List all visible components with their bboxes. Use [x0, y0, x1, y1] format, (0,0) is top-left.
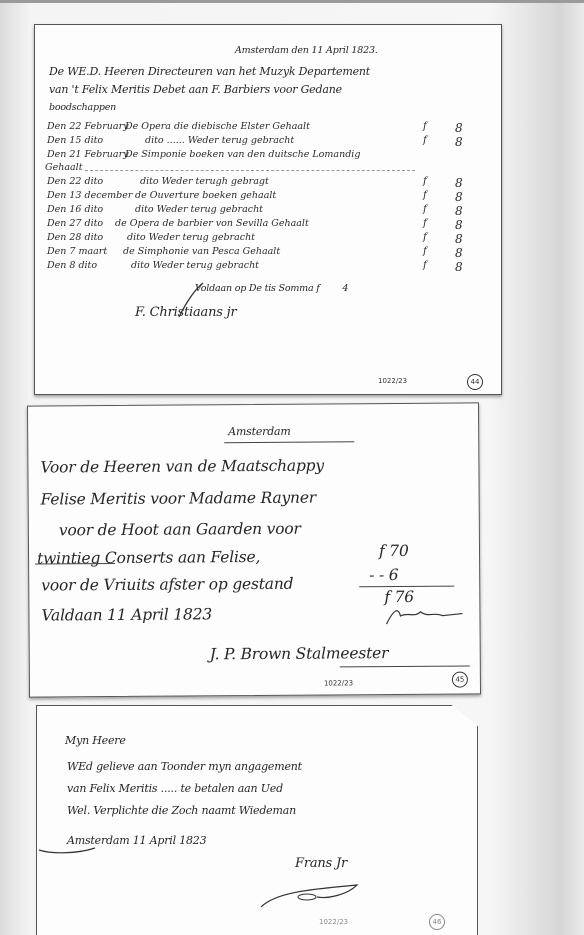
entry-currency: f [423, 204, 427, 215]
entry-desc: dito Weder terug gebracht [127, 232, 255, 243]
heading-line-3: boodschappen [49, 102, 116, 113]
entry-row: Den 8 dito dito Weder terug gebracht f 8 [35, 260, 501, 274]
receipt-sheet-1: Amsterdam den 11 April 1823. De WE.D. He… [34, 24, 502, 395]
letter-sheet-3: Myn Heere WEd gelieve aan Toonder myn an… [36, 705, 478, 935]
body-line-2: Felise Meritis voor Madame Rayner [41, 489, 316, 509]
leader-line [85, 170, 415, 171]
entry-amount: 8 [455, 260, 463, 274]
entry-row: Den 15 dito dito ...... Weder terug gebr… [35, 135, 501, 149]
body-line-1: WEd gelieve aan Toonder myn angagement [67, 760, 302, 773]
entry-currency: f [423, 232, 427, 243]
signature-flourish-icon [175, 281, 205, 321]
entry-currency: f [423, 176, 427, 187]
entry-date: Den 27 dito [47, 218, 103, 229]
entry-desc: De Simponie boeken van den duitsche Loma… [125, 149, 360, 160]
entry-desc: dito Weder terug gebracht [131, 260, 259, 271]
settlement-text: Voldaan op De tis Somma f 4 [195, 283, 348, 294]
entry-row: Den 22 February De Opera die diebische E… [35, 121, 501, 135]
entry-amount: 8 [455, 218, 463, 232]
entry-amount: 8 [455, 190, 463, 204]
entry-desc: de Opera de barbier von Sevilla Gehaalt [115, 218, 309, 229]
archive-number: 1022/23 [319, 918, 348, 926]
body-line-3: Wel. Verplichte die Zoch naamt Wiedeman [67, 804, 296, 817]
entry-desc: dito Weder terug gebracht [135, 204, 263, 215]
entry-desc: de Ouverture boeken gehaalt [135, 190, 276, 201]
entry-amount: 8 [455, 204, 463, 218]
entry-date: Den 16 dito [47, 204, 103, 215]
entry-amount: 8 [455, 135, 463, 149]
entry-date: Den 15 dito [47, 135, 103, 146]
entry-amount: 8 [455, 121, 463, 135]
entry-row: Den 16 dito dito Weder terug gebracht f … [35, 204, 501, 218]
body-line-4: twintieg Conserts aan Felise, [37, 548, 260, 568]
entry-desc: de Simphonie van Pesca Gehaalt [123, 246, 280, 257]
entry-row: Den 13 december de Ouverture boeken geha… [35, 190, 501, 204]
salutation: Myn Heere [65, 734, 126, 747]
entry-date: Den 21 February [47, 149, 129, 160]
amount-line-1: f 70 [379, 542, 409, 560]
entry-date: Den 8 dito [47, 260, 97, 271]
entry-date: Den 22 February [47, 121, 129, 132]
body-line-5: voor de Vriuits afster op gestand [41, 575, 293, 595]
entry-date: Den 22 dito [47, 176, 103, 187]
place-date: Amsterdam den 11 April 1823. [235, 45, 378, 56]
heading-line-2: van 't Felix Meritis Debet aan F. Barbie… [49, 83, 342, 96]
entry-row: Den 7 maart de Simphonie van Pesca Gehaa… [35, 246, 501, 260]
entry-amount: 8 [455, 232, 463, 246]
body-line-2: van Felix Meritis ..... te betalen aan U… [67, 782, 283, 795]
scan-top-edge [0, 0, 584, 3]
entry-date: Gehaalt [45, 162, 83, 173]
body-line-1: Voor de Heeren van de Maatschappy [40, 457, 324, 477]
amount-line-2: - - 6 [369, 566, 398, 584]
entry-row: Den 28 dito dito Weder terug gebracht f … [35, 232, 501, 246]
body-line-6: Valdaan 11 April 1823 [41, 605, 212, 624]
folio-stamp: 44 [467, 374, 483, 390]
entry-date: Den 28 dito [47, 232, 103, 243]
entry-desc: De Opera die diebische Elster Gehaalt [125, 121, 310, 132]
archive-number: 1022/23 [378, 377, 407, 385]
archive-number: 1022/23 [324, 679, 353, 687]
signature-underline [340, 665, 470, 667]
entry-row: Den 27 dito de Opera de barbier von Sevi… [35, 218, 501, 232]
entry-row: Gehaalt [35, 162, 501, 176]
entry-currency: f [423, 121, 427, 132]
entry-currency: f [423, 135, 427, 146]
entry-desc: dito ...... Weder terug gebracht [145, 135, 294, 146]
folio-stamp: 45 [452, 672, 468, 688]
entry-row: Den 21 February De Simponie boeken van d… [35, 149, 501, 163]
receipt-sheet-2: Amsterdam Voor de Heeren van de Maatscha… [27, 402, 481, 697]
signature-flourish-icon [257, 871, 367, 911]
entry-currency: f [423, 246, 427, 257]
date-flourish-icon [37, 842, 97, 856]
body-line-3: voor de Hoot aan Gaarden voor [59, 520, 301, 540]
settlement-amount: 4 [342, 283, 348, 294]
signature: Frans Jr [295, 856, 347, 871]
entry-amount: 8 [455, 176, 463, 190]
signature: J. P. Brown Stalmeester [210, 644, 389, 663]
settlement-label: Voldaan op De tis Somma f [195, 283, 320, 294]
entry-currency: f [423, 218, 427, 229]
entry-date: Den 13 december [47, 190, 132, 201]
heading-line-1: De WE.D. Heeren Directeuren van het Muzy… [49, 65, 370, 78]
heading-underline [224, 441, 354, 443]
entry-currency: f [423, 190, 427, 201]
paraph-flourish-icon [384, 604, 464, 627]
entry-desc: dito Weder terugh gebragt [140, 176, 269, 187]
entry-currency: f [423, 260, 427, 271]
entry-amount: 8 [455, 246, 463, 260]
place-heading: Amsterdam [228, 425, 291, 438]
entry-row: Den 22 dito dito Weder terugh gebragt f … [35, 176, 501, 190]
entry-date: Den 7 maart [47, 246, 107, 257]
folio-stamp: 46 [429, 914, 445, 930]
